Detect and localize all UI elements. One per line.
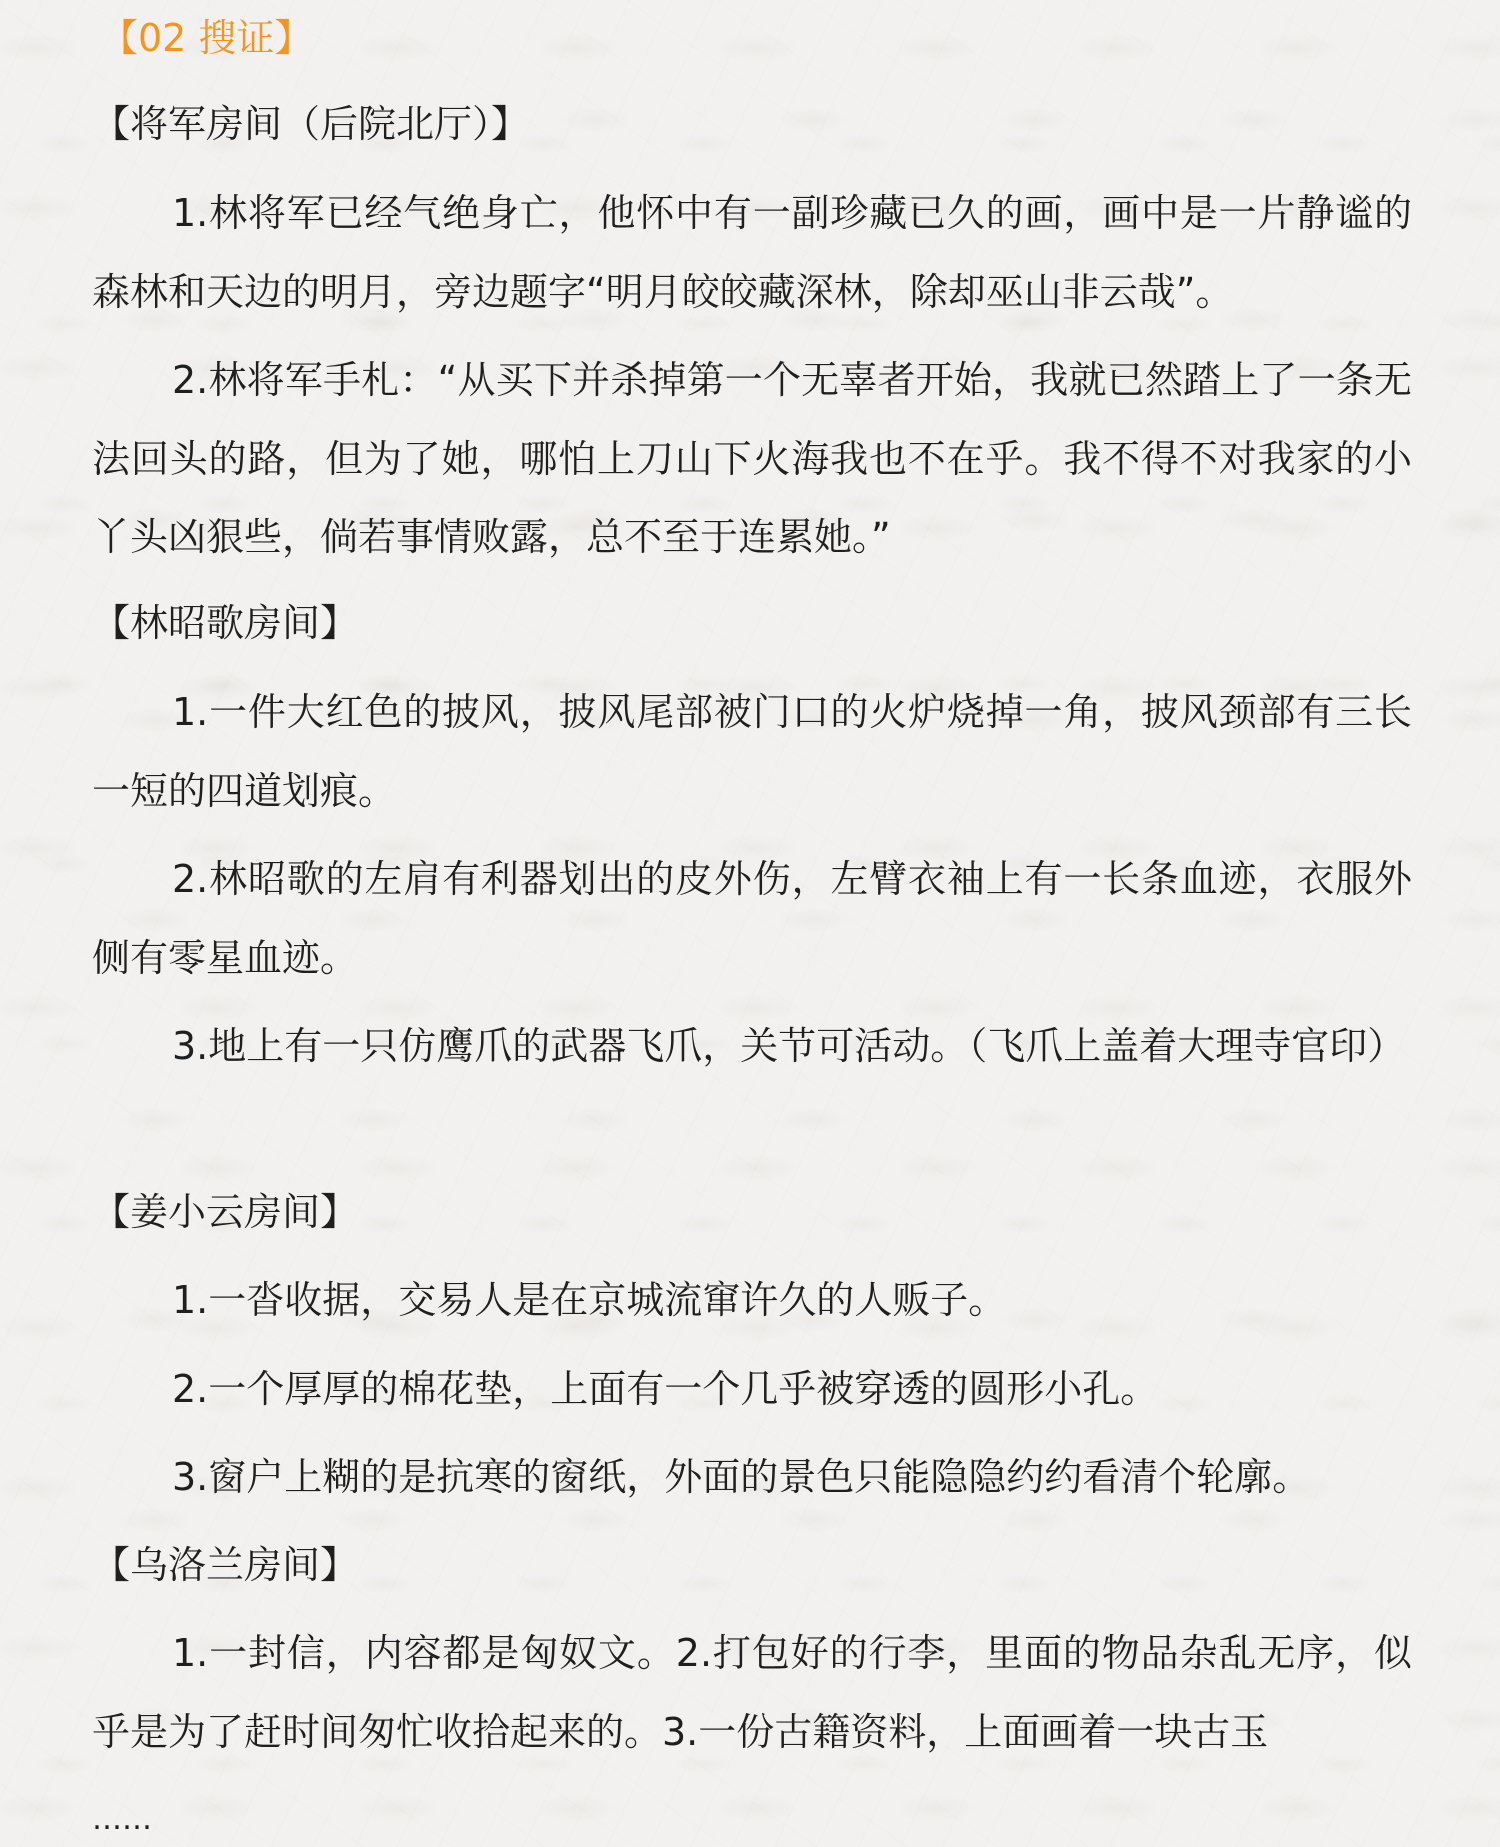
clue-paragraph: 2.一个厚厚的棉花垫，上面有一个几乎被穿透的圆形小孔。 bbox=[92, 1350, 1412, 1429]
clue-paragraph: 1.林将军已经气绝身亡，他怀中有一副珍藏已久的画，画中是一片静谧的森林和天边的明… bbox=[92, 174, 1412, 331]
section-heading-lin-zhaoge-room: 【林昭歌房间】 bbox=[92, 595, 358, 651]
section-heading-wu-luolan-room: 【乌洛兰房间】 bbox=[92, 1537, 358, 1593]
page-title: 【02 搜证】 bbox=[100, 10, 312, 66]
clue-paragraph: 2.林将军手札：“从买下并杀掉第一个无辜者开始，我就已然踏上了一条无法回头的路，… bbox=[92, 341, 1412, 577]
continuation-ellipsis: …… bbox=[92, 1800, 152, 1840]
clue-paragraph: 1.一沓收据，交易人是在京城流窜许久的人贩子。 bbox=[92, 1261, 1412, 1340]
clue-paragraph: 1.一件大红色的披风，披风尾部被门口的火炉烧掉一角，披风颈部有三长一短的四道划痕… bbox=[92, 673, 1412, 830]
clue-paragraph: 2.林昭歌的左肩有利器划出的皮外伤，左臂衣袖上有一长条血迹，衣服外侧有零星血迹。 bbox=[92, 840, 1412, 997]
section-heading-jiang-xiaoyun-room: 【姜小云房间】 bbox=[92, 1184, 358, 1240]
clue-paragraph: 3.窗户上糊的是抗寒的窗纸，外面的景色只能隐隐约约看清个轮廓。 bbox=[92, 1438, 1412, 1517]
clue-paragraph: 3.地上有一只仿鹰爪的武器飞爪，关节可活动。（飞爪上盖着大理寺官印） bbox=[92, 1007, 1412, 1086]
clue-paragraph: 1.一封信，内容都是匈奴文。2.打包好的行李，里面的物品杂乱无序，似乎是为了赶时… bbox=[92, 1614, 1412, 1771]
section-heading-general-room: 【将军房间（后院北厅）】 bbox=[92, 96, 529, 152]
